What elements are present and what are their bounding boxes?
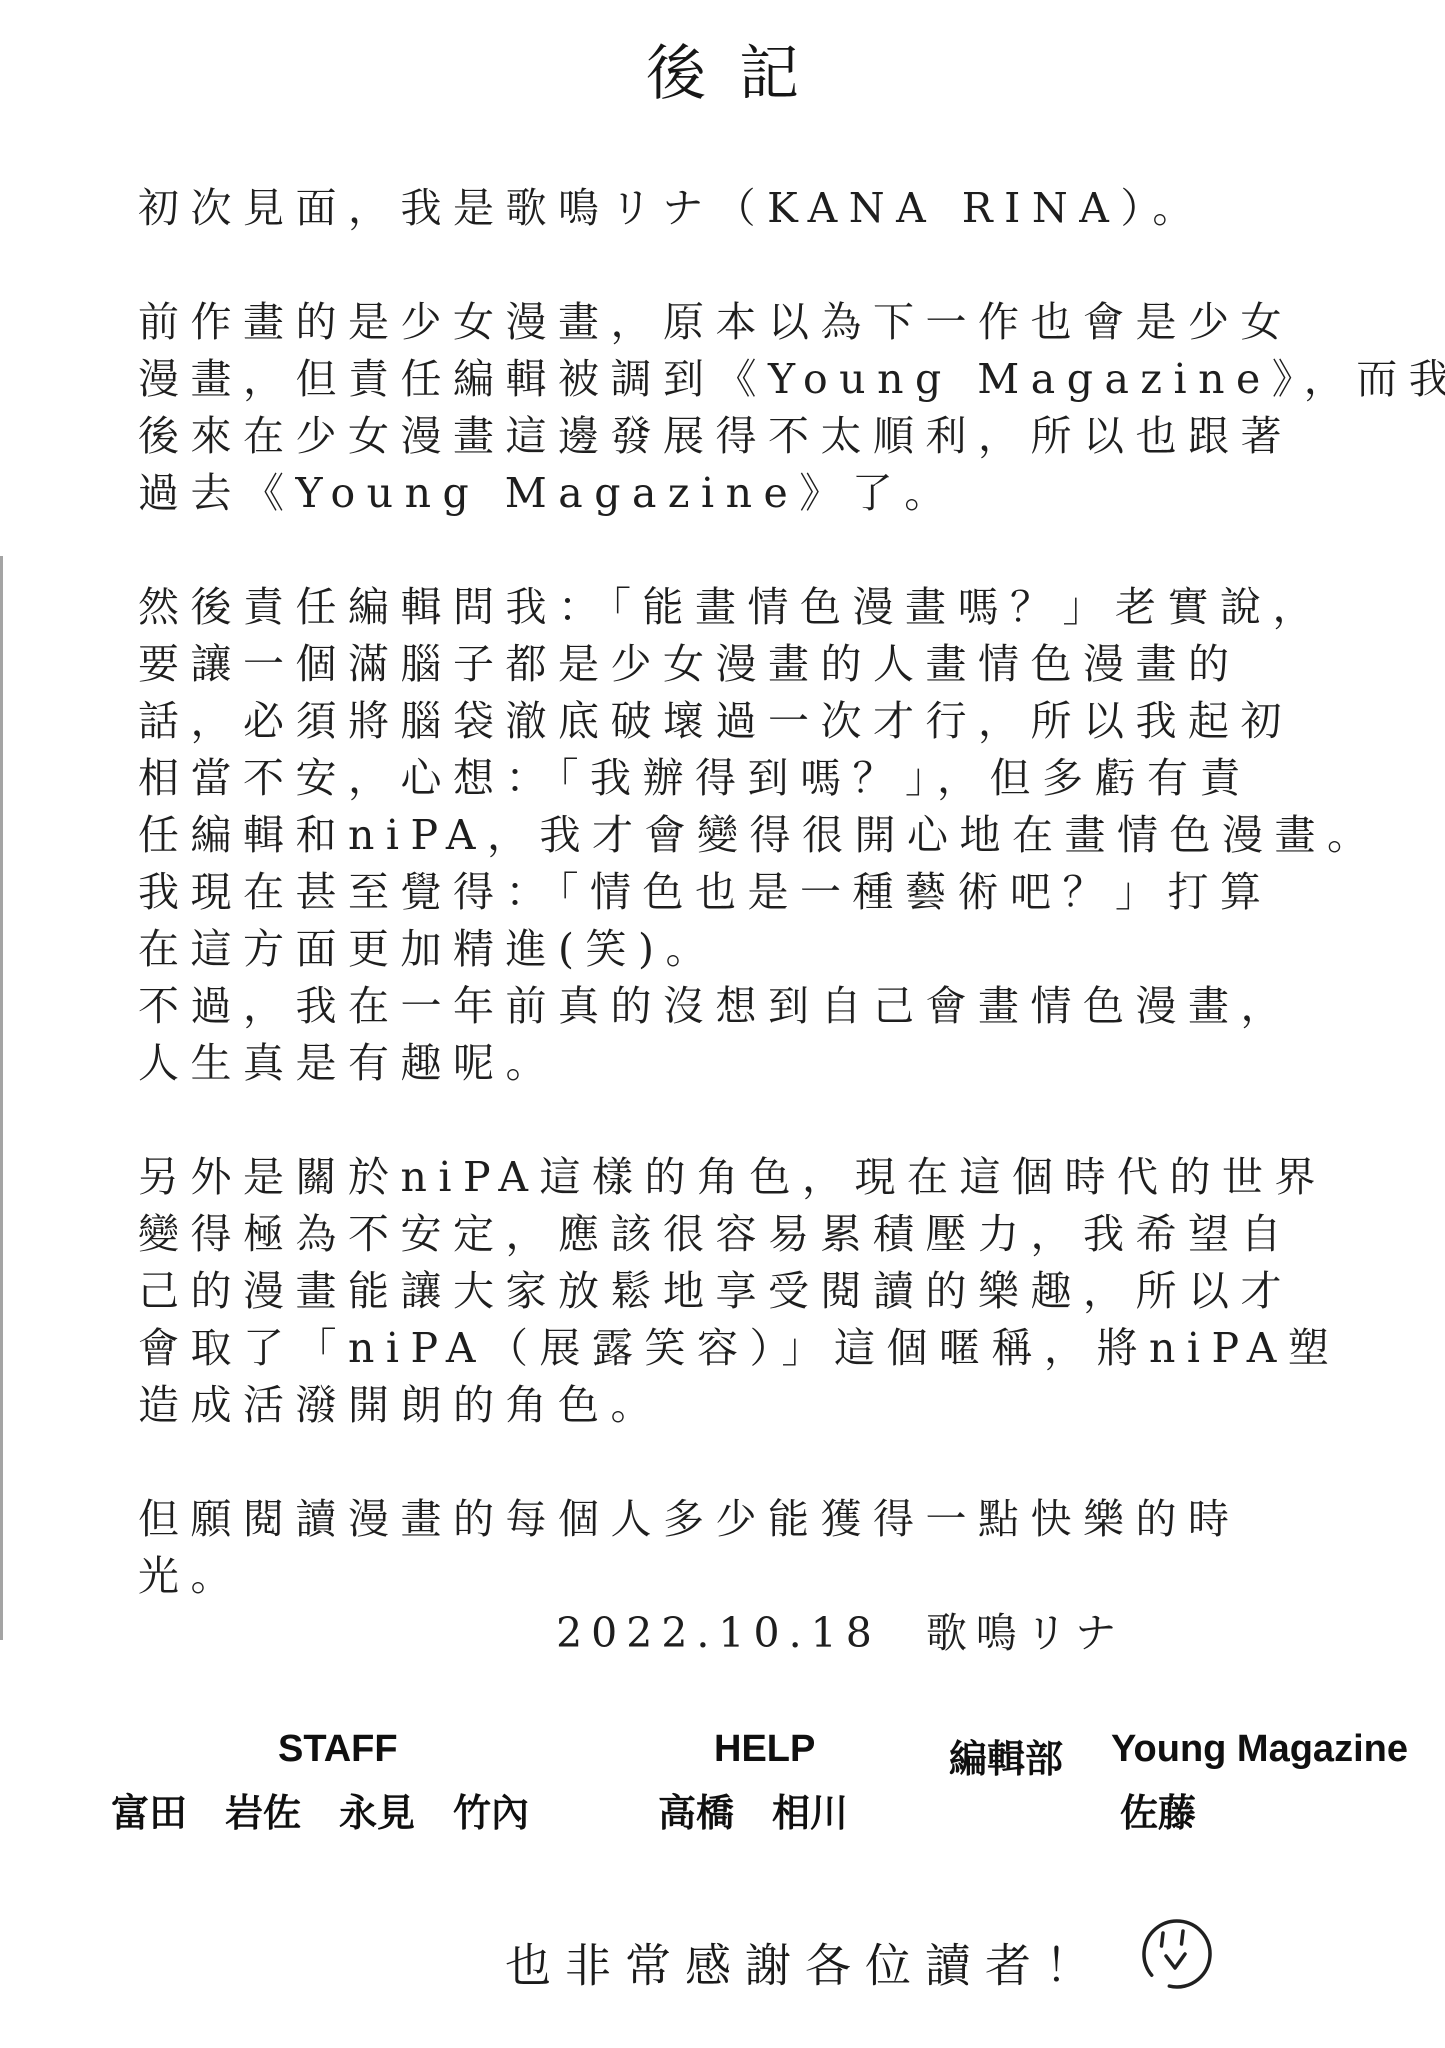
body-line: 前作畫的是少女漫畫，原本以為下一作也會是少女 <box>138 294 1318 351</box>
editorial-label: 編輯部 <box>949 1728 1063 1783</box>
paragraph-nipa: 另外是關於niPA這樣的角色，現在這個時代的世界 變得極為不安定，應該很容易累積… <box>138 1149 1318 1434</box>
body-line: 過去《Young Magazine》了。 <box>138 465 1318 522</box>
thanks-text: 也非常感謝各位讀者！ <box>505 1939 1105 1993</box>
paragraph-wish: 但願閱讀漫畫的每個人多少能獲得一點快樂的時 光。 <box>138 1491 1318 1605</box>
smiley-icon <box>1139 1916 1215 2003</box>
body-line: 要讓一個滿腦子都是少女漫畫的人畫情色漫畫的 <box>138 636 1318 693</box>
afterword-body: 初次見面，我是歌鳴リナ（KANA RINA）。 前作畫的是少女漫畫，原本以為下一… <box>138 180 1318 1662</box>
page-title: 後記 <box>0 26 1445 112</box>
body-line: 我現在甚至覺得：「情色也是一種藝術吧？」打算 <box>138 864 1318 921</box>
editorial-company: Young Magazine <box>1111 1728 1408 1771</box>
body-line: 漫畫，但責任編輯被調到《Young Magazine》，而我 <box>138 351 1318 408</box>
editorial-person: 佐藤 <box>1120 1782 1196 1837</box>
signoff-date: 2022.10.18 <box>556 1609 881 1657</box>
paragraph-intro: 初次見面，我是歌鳴リナ（KANA RINA）。 <box>138 180 1318 237</box>
body-line: 變得極為不安定，應該很容易累積壓力，我希望自 <box>138 1206 1318 1263</box>
scan-edge-artifact <box>0 556 3 1640</box>
body-line: 己的漫畫能讓大家放鬆地享受閱讀的樂趣，所以才 <box>138 1263 1318 1320</box>
paragraph-editor: 然後責任編輯問我：「能畫情色漫畫嗎？」老實說， 要讓一個滿腦子都是少女漫畫的人畫… <box>138 579 1318 1092</box>
body-line: 光。 <box>138 1548 1318 1605</box>
body-line: 造成活潑開朗的角色。 <box>138 1377 1318 1434</box>
thanks-line: 也非常感謝各位讀者！ <box>505 1926 1215 2013</box>
signoff-author: 歌鳴リナ <box>926 1609 1125 1657</box>
signoff-line: 2022.10.18歌鳴リナ <box>138 1605 1318 1662</box>
body-line: 初次見面，我是歌鳴リナ（KANA RINA）。 <box>138 180 1318 237</box>
afterword-page: 後記 初次見面，我是歌鳴リナ（KANA RINA）。 前作畫的是少女漫畫，原本以… <box>0 0 1445 2048</box>
body-line: 然後責任編輯問我：「能畫情色漫畫嗎？」老實說， <box>138 579 1318 636</box>
body-line: 但願閱讀漫畫的每個人多少能獲得一點快樂的時 <box>138 1491 1318 1548</box>
body-line: 相當不安，心想：「我辦得到嗎？」，但多虧有責 <box>138 750 1318 807</box>
staff-names: 富田 岩佐 永見 竹內 <box>111 1782 529 1837</box>
paragraph-career: 前作畫的是少女漫畫，原本以為下一作也會是少女 漫畫，但責任編輯被調到《Young… <box>138 294 1318 522</box>
body-line: 在這方面更加精進(笑)。 <box>138 921 1318 978</box>
body-line: 會取了「niPA（展露笑容）」這個暱稱，將niPA塑 <box>138 1320 1318 1377</box>
body-line: 任編輯和niPA，我才會變得很開心地在畫情色漫畫。 <box>138 807 1318 864</box>
body-line: 人生真是有趣呢。 <box>138 1035 1318 1092</box>
credits-block: STAFF HELP 編輯部 Young Magazine 富田 岩佐 永見 竹… <box>0 1728 1445 1838</box>
body-line: 話，必須將腦袋澈底破壞過一次才行，所以我起初 <box>138 693 1318 750</box>
body-line: 另外是關於niPA這樣的角色，現在這個時代的世界 <box>138 1149 1318 1206</box>
help-names: 高橋 相川 <box>658 1782 848 1837</box>
staff-label: STAFF <box>278 1728 398 1771</box>
body-line: 不過，我在一年前真的沒想到自己會畫情色漫畫， <box>138 978 1318 1035</box>
body-line: 後來在少女漫畫這邊發展得不太順利，所以也跟著 <box>138 408 1318 465</box>
help-label: HELP <box>714 1728 815 1771</box>
